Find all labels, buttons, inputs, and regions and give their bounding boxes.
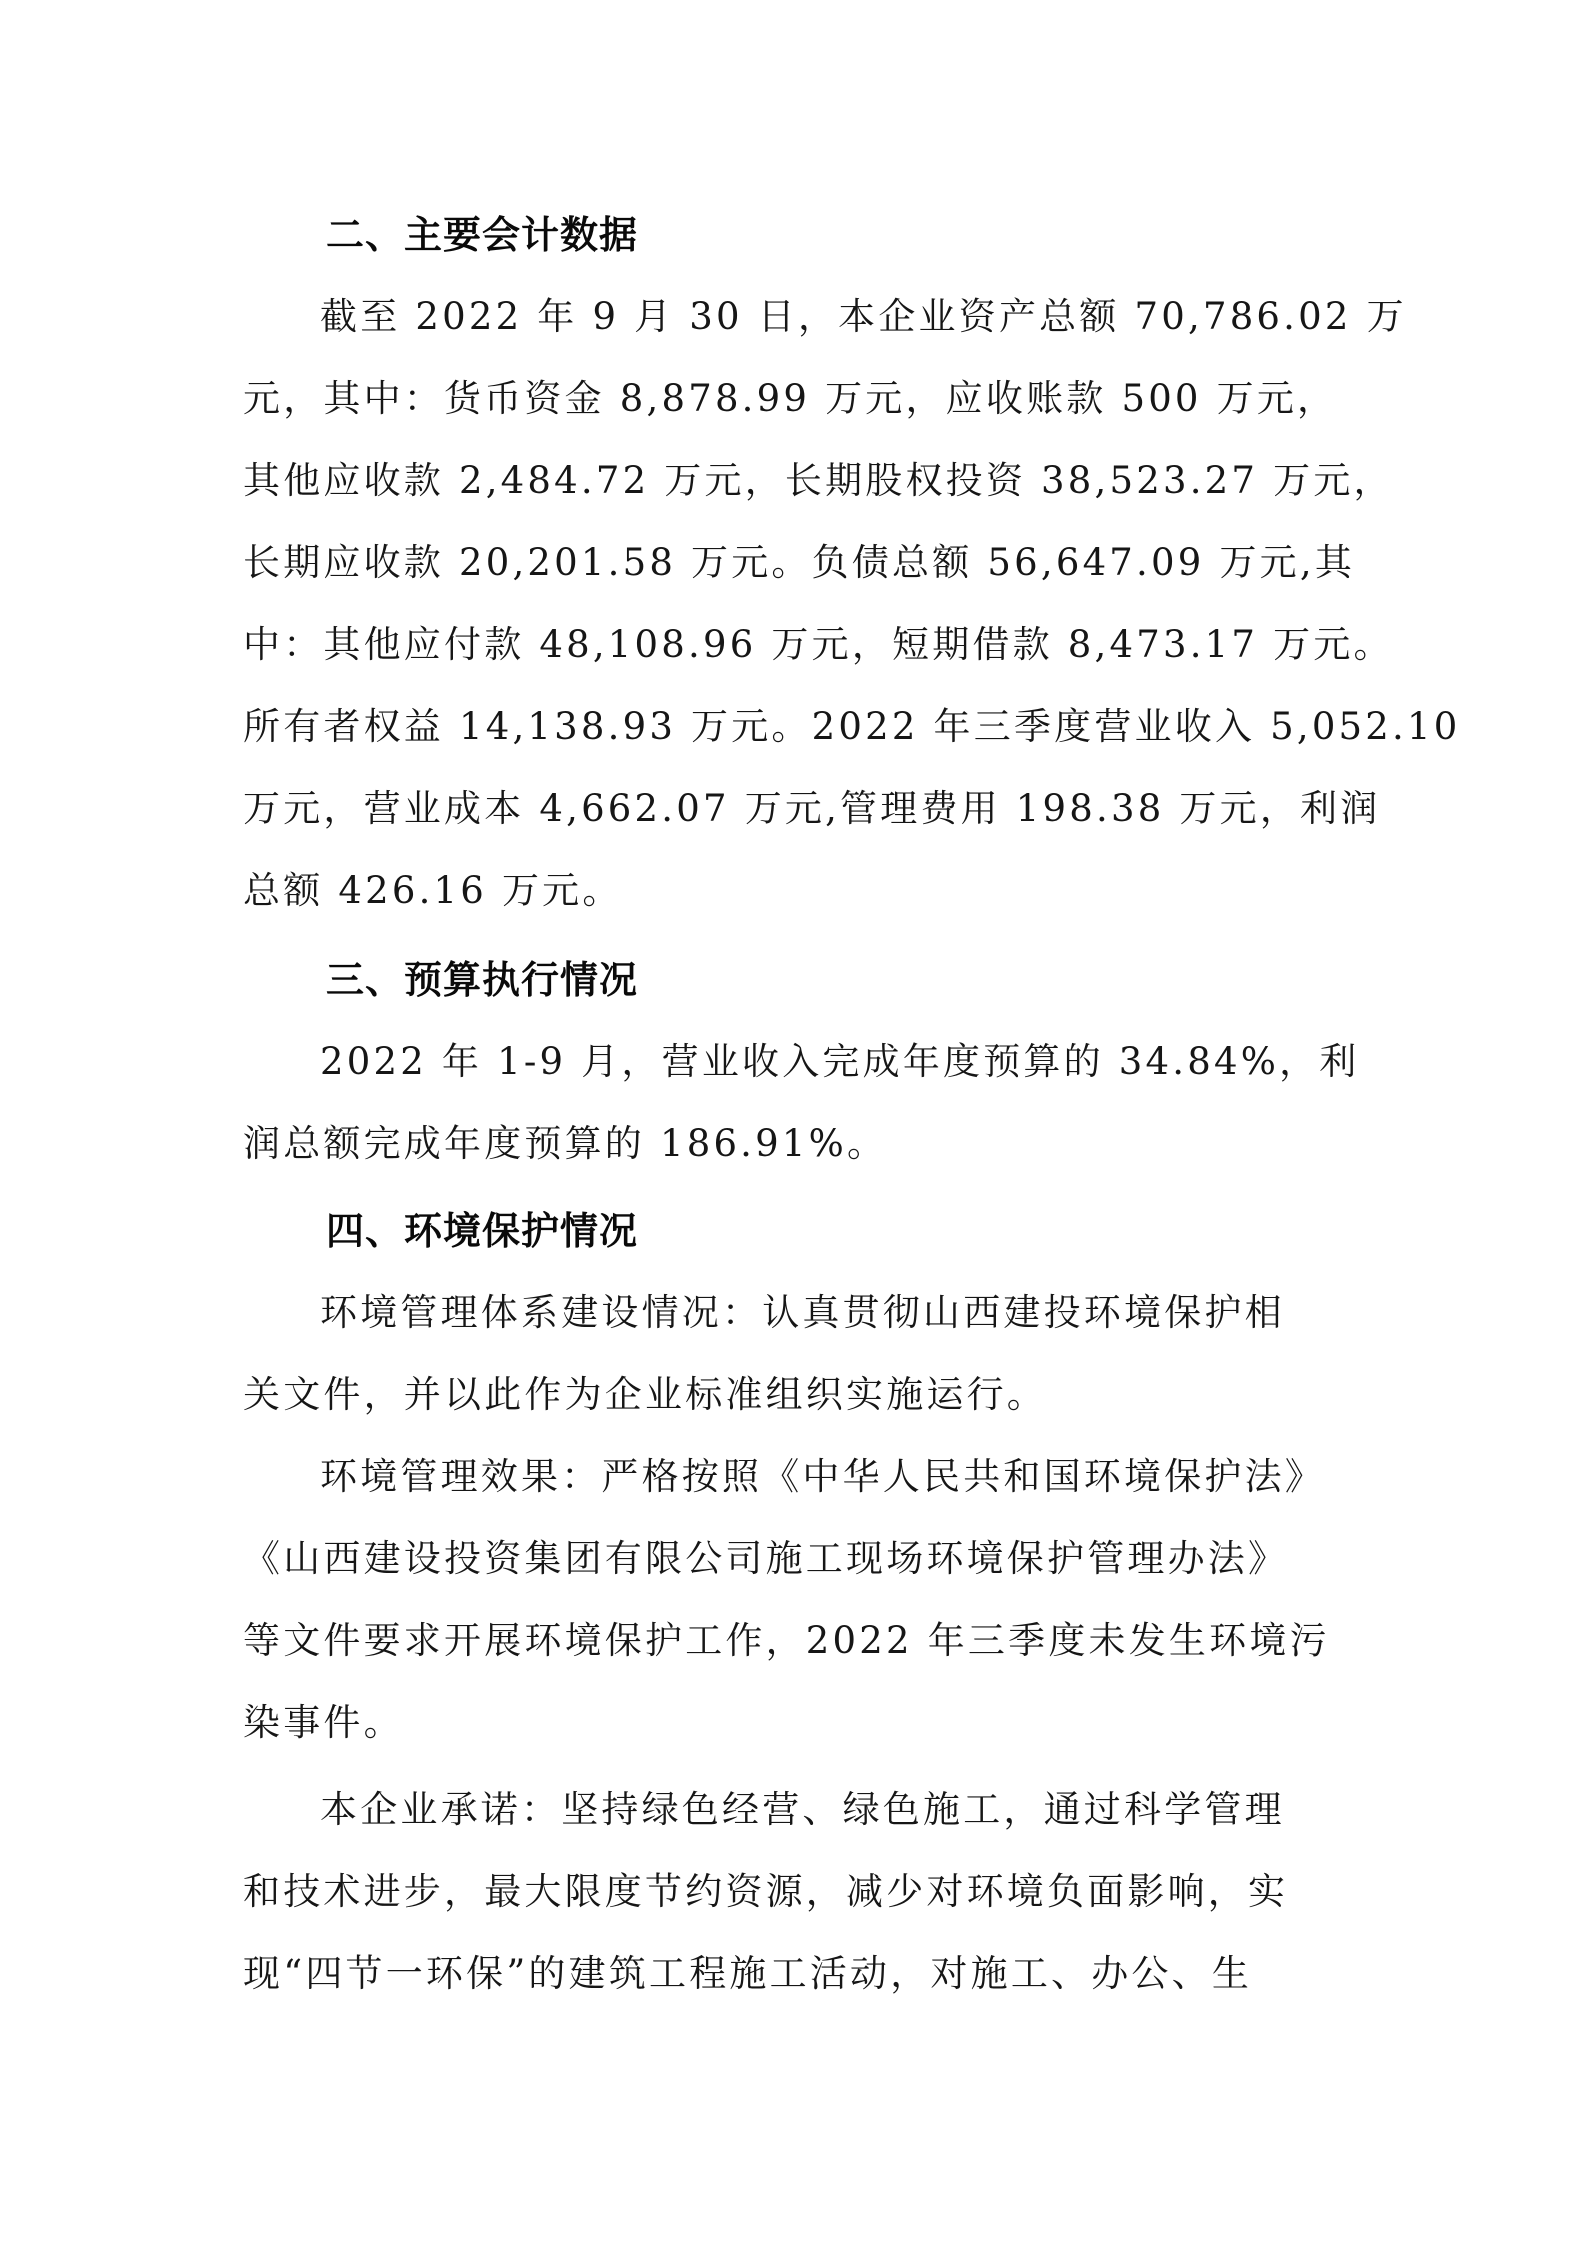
section-heading-environmental-protection: 四、环境保护情况 [326, 1206, 638, 1256]
paragraph-line: 截至 2022 年 9 月 30 日，本企业资产总额 70,786.02 万 [320, 292, 1407, 342]
section-heading-budget-execution: 三、预算执行情况 [326, 955, 638, 1005]
paragraph-line: 染事件。 [243, 1698, 404, 1748]
section-heading-accounting-data: 二、主要会计数据 [326, 210, 638, 260]
paragraph-line: 等文件要求开展环境保护工作，2022 年三季度未发生环境污 [243, 1616, 1330, 1666]
paragraph-line: 润总额完成年度预算的 186.91%。 [243, 1119, 887, 1169]
paragraph-line: 关文件，并以此作为企业标准组织实施运行。 [243, 1370, 1047, 1420]
paragraph-line: 其他应收款 2,484.72 万元，长期股权投资 38,523.27 万元， [243, 456, 1394, 506]
paragraph-line: 本企业承诺：坚持绿色经营、绿色施工，通过科学管理 [320, 1785, 1285, 1835]
document-page: 二、主要会计数据 截至 2022 年 9 月 30 日，本企业资产总额 70,7… [0, 0, 1587, 2245]
paragraph-line: 中：其他应付款 48,108.96 万元，短期借款 8,473.17 万元。 [243, 620, 1394, 670]
paragraph-line: 所有者权益 14,138.93 万元。2022 年三季度营业收入 5,052.1… [243, 702, 1460, 752]
paragraph-line: 《山西建设投资集团有限公司施工现场环境保护管理办法》 [243, 1534, 1288, 1584]
paragraph-line: 万元，营业成本 4,662.07 万元,管理费用 198.38 万元，利润 [243, 784, 1380, 834]
paragraph-line: 和技术进步，最大限度节约资源，减少对环境负面影响，实 [243, 1867, 1288, 1917]
paragraph-line: 元，其中：货币资金 8,878.99 万元，应收账款 500 万元， [243, 374, 1337, 424]
paragraph-line: 环境管理体系建设情况：认真贯彻山西建投环境保护相 [320, 1288, 1285, 1338]
paragraph-line: 总额 426.16 万元。 [243, 866, 623, 916]
paragraph-line: 长期应收款 20,201.58 万元。负债总额 56,647.09 万元,其 [243, 538, 1355, 588]
paragraph-line: 环境管理效果：严格按照《中华人民共和国环境保护法》 [320, 1452, 1325, 1502]
paragraph-line: 2022 年 1-9 月，营业收入完成年度预算的 34.84%，利 [320, 1037, 1359, 1087]
paragraph-line: 现“四节一环保”的建筑工程施工活动，对施工、办公、生 [243, 1949, 1252, 1999]
